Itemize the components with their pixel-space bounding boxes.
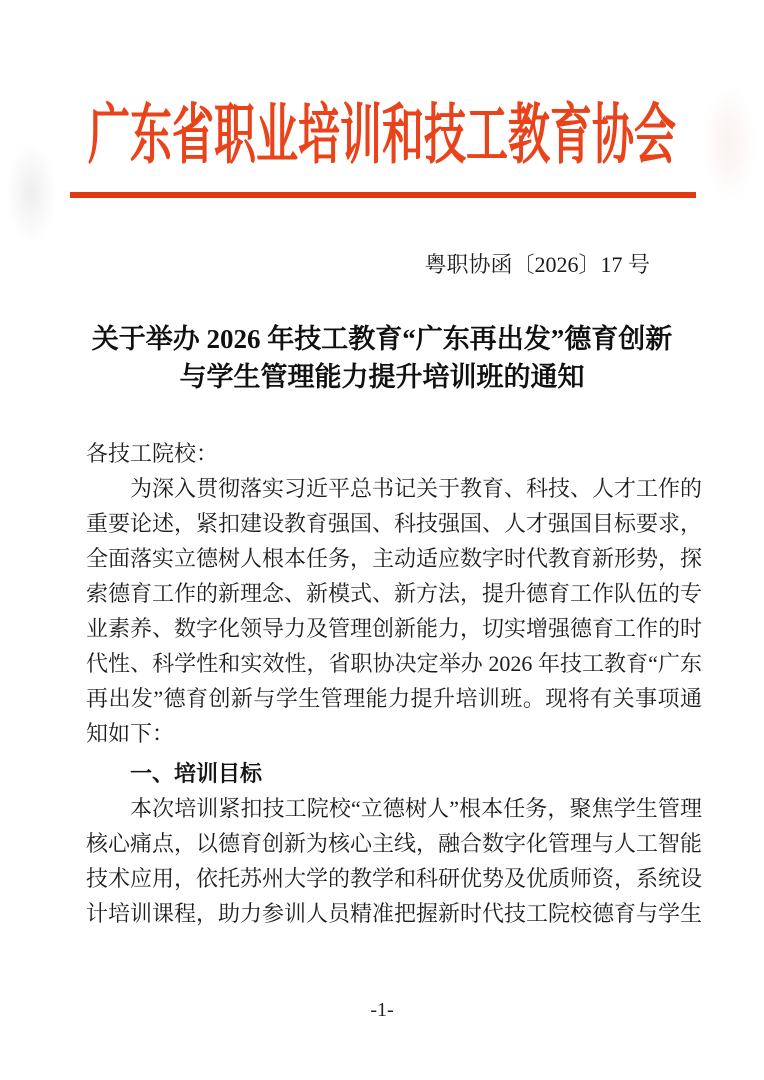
body-line: 再出发”德育创新与学生管理能力提升培训班。现将有关事项通	[86, 681, 702, 716]
body-line: 索德育工作的新理念、新模式、新方法，提升德育工作队伍的专	[86, 576, 702, 611]
letterhead-org-name: 广东省职业培训和技工教育协会	[0, 84, 764, 189]
body-line: 本次培训紧扣技工院校“立德树人”根本任务，聚焦学生管理	[86, 791, 702, 826]
body-line: 代性、科学性和实效性，省职协决定举办 2026 年技工教育“广东	[86, 646, 702, 681]
letterhead-rule	[70, 192, 696, 198]
body-line: 重要论述，紧扣建设教育强国、科技强国、人才强国目标要求，	[86, 506, 702, 541]
body-line: 核心痛点，以德育创新为核心主线，融合数字化管理与人工智能	[86, 826, 702, 861]
document-title-line-1: 关于举办 2026 年技工教育“广东再出发”德育创新	[0, 320, 764, 358]
document-body: 各技工院校： 为深入贯彻落实习近平总书记关于教育、科技、人才工作的 重要论述，紧…	[86, 436, 702, 931]
document-page: 广东省职业培训和技工教育协会 粤职协函〔2026〕17 号 关于举办 2026 …	[0, 0, 764, 1080]
body-line: 计培训课程，助力参训人员精准把握新时代技工院校德育与学生	[86, 896, 702, 931]
document-number: 粤职协函〔2026〕17 号	[0, 251, 764, 279]
body-line: 知如下：	[86, 716, 702, 751]
body-line: 为深入贯彻落实习近平总书记关于教育、科技、人才工作的	[86, 471, 702, 506]
body-line: 技术应用，依托苏州大学的教学和科研优势及优质师资，系统设	[86, 861, 702, 896]
body-line: 业素养、数字化领导力及管理创新能力，切实增强德育工作的时	[86, 611, 702, 646]
section-heading-training-goal: 一、培训目标	[86, 756, 702, 791]
salutation: 各技工院校：	[86, 436, 702, 471]
page-number: -1-	[0, 999, 764, 1022]
document-title: 关于举办 2026 年技工教育“广东再出发”德育创新 与学生管理能力提升培训班的…	[0, 320, 764, 396]
document-title-line-2: 与学生管理能力提升培训班的通知	[0, 358, 764, 396]
body-line: 全面落实立德树人根本任务，主动适应数字时代教育新形势，探	[86, 541, 702, 576]
